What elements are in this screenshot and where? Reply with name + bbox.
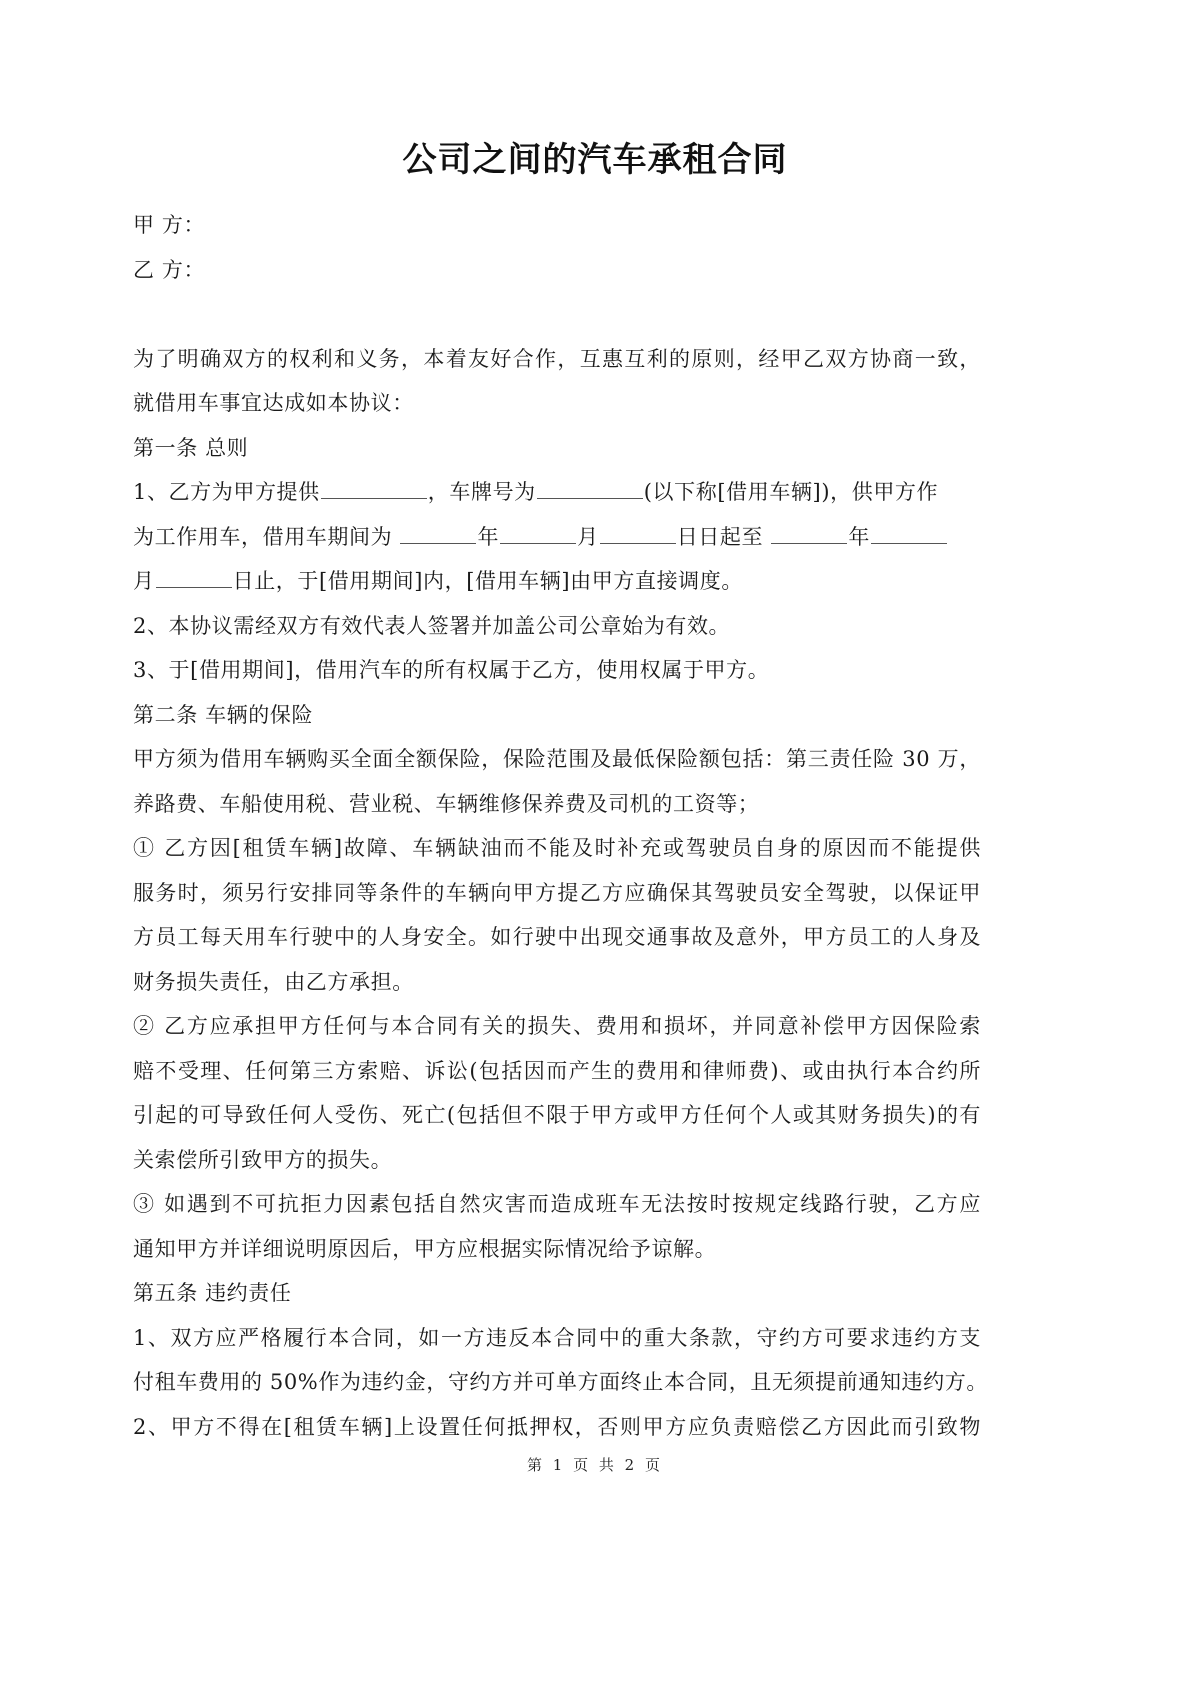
article5-item2-line: 2、甲方不得在[租赁车辆]上设置任何抵押权，否则甲方应负责赔偿乙方因此而引致物 (133, 1405, 981, 1450)
clause1-line: 财务损失责任，由乙方承担。 (133, 960, 981, 1005)
article1-item1-line1: 1、乙方为甲方提供，车牌号为(以下称[借用车辆])，供甲方作 (133, 470, 981, 515)
article1-item3: 3、于[借用期间]，借用汽车的所有权属于乙方，使用权属于甲方。 (133, 648, 981, 693)
text-fragment: ，车牌号为 (428, 480, 536, 504)
article-heading: 第一条 总则 (133, 426, 981, 471)
start-day-blank-field (600, 521, 676, 544)
article1-item1-line3: 月日止，于[借用期间]内，[借用车辆]由甲方直接调度。 (133, 559, 981, 604)
document-page: 公司之间的汽车承租合同 甲 方： 乙 方： 为了明确双方的权利和义务，本着友好合… (0, 0, 1190, 1683)
document-body: 甲 方： 乙 方： 为了明确双方的权利和义务，本着友好合作，互惠互利的原则，经甲… (133, 203, 981, 1449)
spacer (133, 292, 981, 337)
party-b-label: 乙 方： (133, 248, 981, 293)
clause2-line: ② 乙方应承担甲方任何与本合同有关的损失、费用和损坏，并同意补偿甲方因保险索 (133, 1004, 981, 1049)
article5-item1-line: 1、双方应严格履行本合同，如一方违反本合同中的重大条款，守约方可要求违约方支 (133, 1316, 981, 1361)
text-fragment: 日日起至 (677, 525, 771, 549)
page-number-footer: 第 1 页 共 2 页 (0, 1454, 1190, 1475)
text-fragment: 为工作用车，借用车期间为 (133, 525, 399, 549)
text-fragment: 月 (577, 525, 599, 549)
start-year-blank-field (400, 521, 476, 544)
clause3-line: 通知甲方并详细说明原因后，甲方应根据实际情况给予谅解。 (133, 1227, 981, 1272)
clause1-line: 服务时，须另行安排同等条件的车辆向甲方提乙方应确保其驾驶员安全驾驶，以保证甲 (133, 871, 981, 916)
party-a-label: 甲 方： (133, 203, 981, 248)
vehicle-blank-field (321, 476, 427, 499)
article-heading: 第五条 违约责任 (133, 1271, 981, 1316)
document-title: 公司之间的汽车承租合同 (0, 137, 1190, 183)
end-month-blank-field (871, 521, 947, 544)
text-fragment: 年 (477, 525, 499, 549)
clause2-line: 赔不受理、任何第三方索赔、诉讼(包括因而产生的费用和律师费)、或由执行本合约所 (133, 1049, 981, 1094)
clause2-line: 关索偿所引致甲方的损失。 (133, 1138, 981, 1183)
text-fragment: (以下称[借用车辆])，供甲方作 (644, 480, 938, 504)
end-day-blank-field (156, 565, 232, 588)
text-fragment: 月 (133, 569, 155, 593)
article2-para-line: 养路费、车船使用税、营业税、车辆维修保养费及司机的工资等； (133, 782, 981, 827)
text-fragment: 日止，于[借用期间]内，[借用车辆]由甲方直接调度。 (233, 569, 743, 593)
end-year-blank-field (771, 521, 847, 544)
article1-item1-line2: 为工作用车，借用车期间为 年月日日起至 年 (133, 515, 981, 560)
text-fragment: 1、乙方为甲方提供 (133, 480, 320, 504)
clause1-line: ① 乙方因[租赁车辆]故障、车辆缺油而不能及时补充或驾驶员自身的原因而不能提供 (133, 826, 981, 871)
preamble-line: 为了明确双方的权利和义务，本着友好合作，互惠互利的原则，经甲乙双方协商一致， (133, 337, 981, 382)
article2-para-line: 甲方须为借用车辆购买全面全额保险，保险范围及最低保险额包括：第三责任险 30 万… (133, 737, 981, 782)
preamble-line: 就借用车事宜达成如本协议： (133, 381, 981, 426)
clause3-line: ③ 如遇到不可抗拒力因素包括自然灾害而造成班车无法按时按规定线路行驶，乙方应 (133, 1182, 981, 1227)
plate-number-blank-field (537, 476, 643, 499)
article5-item1-line: 付租车费用的 50%作为违约金，守约方并可单方面终止本合同，且无须提前通知违约方… (133, 1360, 981, 1405)
clause2-line: 引起的可导致任何人受伤、死亡(包括但不限于甲方或甲方任何个人或其财务损失)的有 (133, 1093, 981, 1138)
start-month-blank-field (500, 521, 576, 544)
article1-item2: 2、本协议需经双方有效代表人签署并加盖公司公章始为有效。 (133, 604, 981, 649)
article-heading: 第二条 车辆的保险 (133, 693, 981, 738)
clause1-line: 方员工每天用车行驶中的人身安全。如行驶中出现交通事故及意外，甲方员工的人身及 (133, 915, 981, 960)
text-fragment: 年 (848, 525, 870, 549)
